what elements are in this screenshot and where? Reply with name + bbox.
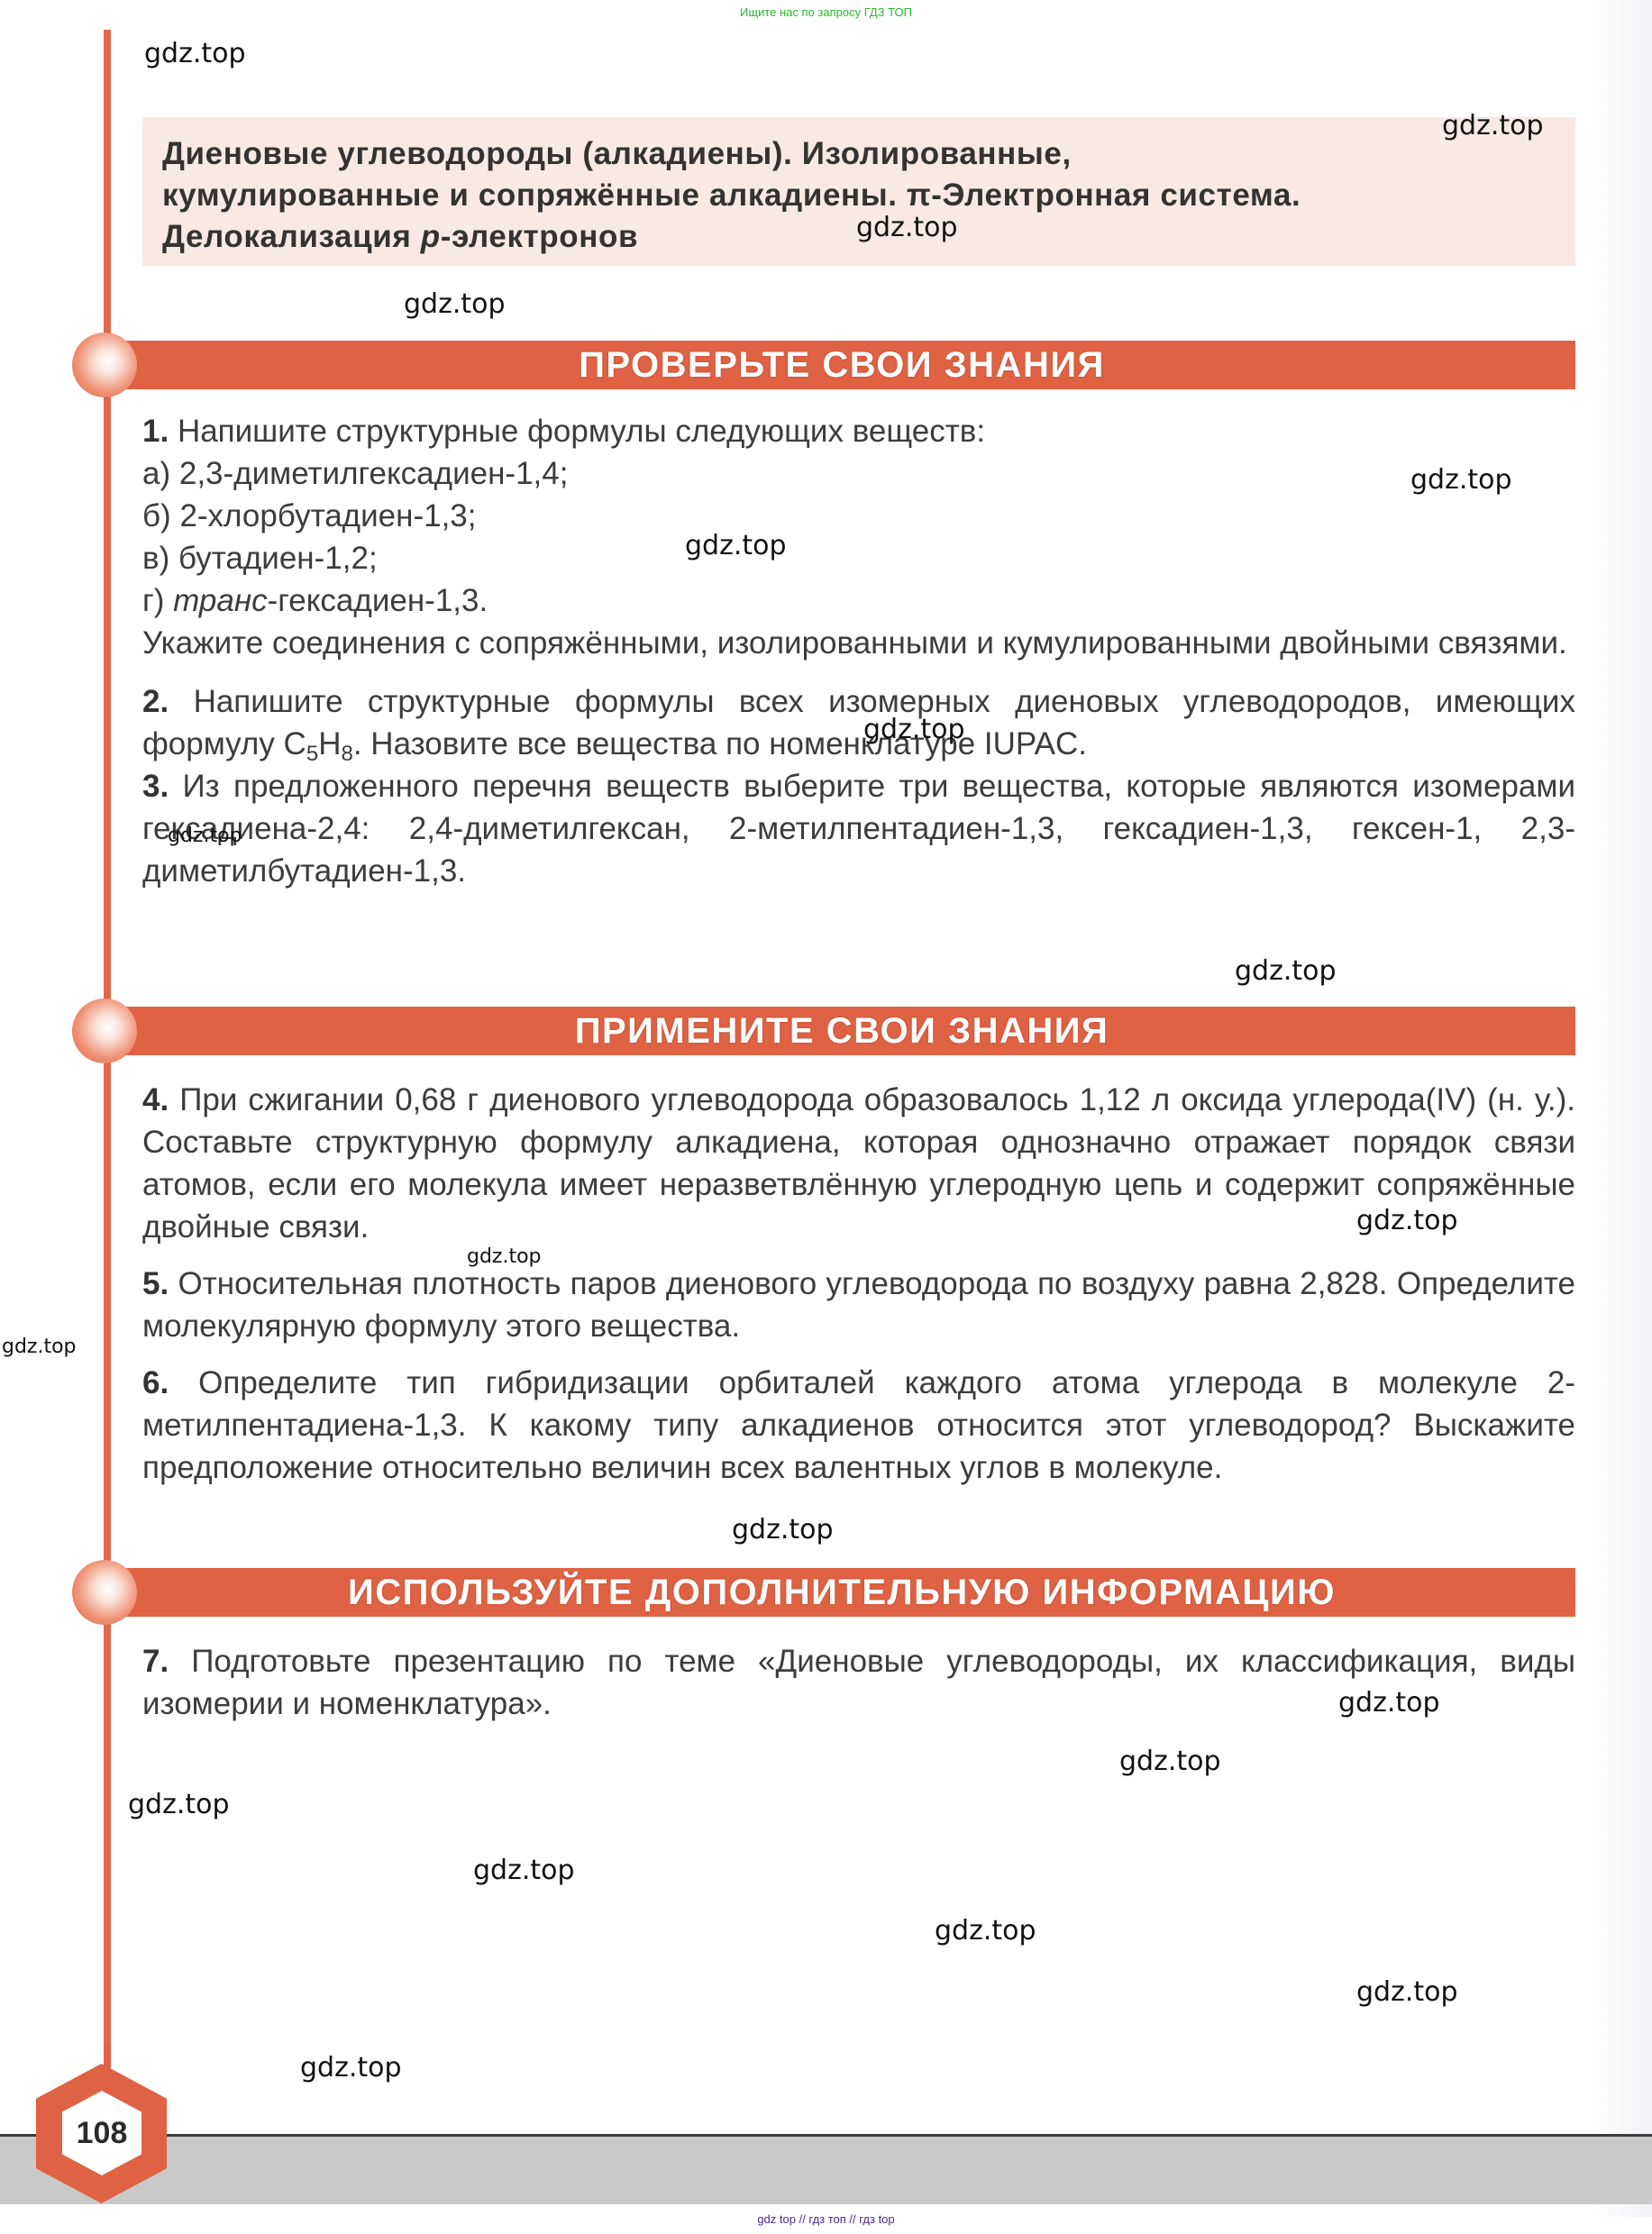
topic-title-line-1: Диеновые углеводороды (алкадиены). Изоли…	[162, 133, 1550, 175]
watermark: gdz.top	[404, 288, 506, 320]
page-footer-band	[0, 2134, 1652, 2204]
task-1: 1. Напишите структурные формулы следующи…	[142, 410, 1575, 452]
task-1-item-b: б) 2-хлорбутадиен-1,3;	[142, 495, 1575, 537]
watermark: gdz.top	[300, 2052, 402, 2084]
section-apply-knowledge-content: 4. При сжигании 0,68 г диенового углевод…	[142, 1079, 1575, 1489]
section-title: ПРОВЕРЬТЕ СВОИ ЗНАНИЯ	[108, 341, 1575, 389]
bottom-site-links[interactable]: gdz top // гдз топ // гдз top	[0, 2212, 1652, 2226]
page-edge-shade	[1589, 0, 1652, 2217]
task-5: 5. Относительная плотность паров диеново…	[142, 1263, 1575, 1347]
watermark: gdz.top	[1410, 464, 1512, 496]
section-bullet-icon	[72, 1560, 137, 1625]
watermark: gdz.top	[1442, 110, 1544, 141]
watermark: gdz.top	[1338, 1687, 1440, 1719]
task-1-item-d: г) транс-гексадиен-1,3.	[142, 579, 1575, 622]
task-1-followup: Укажите соединения с сопряжёнными, изоли…	[142, 622, 1575, 664]
section-header-additional-info: ИСПОЛЬЗУЙТЕ ДОПОЛНИТЕЛЬНУЮ ИНФОРМАЦИЮ	[108, 1568, 1575, 1617]
page-number-badge: 108	[36, 2046, 171, 2203]
watermark: gdz.top	[1235, 955, 1337, 987]
task-1-item-a: а) 2,3-диметилгексадиен-1,4;	[142, 452, 1575, 495]
watermark: gdz.top	[863, 714, 965, 745]
watermark: gdz.top	[1356, 1205, 1458, 1236]
watermark: gdz.top	[732, 1514, 834, 1546]
section-bullet-icon	[72, 333, 137, 397]
watermark: gdz.top	[2, 1336, 77, 1358]
watermark: gdz.top	[144, 38, 246, 69]
section-header-apply-knowledge: ПРИМЕНИТЕ СВОИ ЗНАНИЯ	[108, 1007, 1575, 1055]
section-title: ПРИМЕНИТЕ СВОИ ЗНАНИЯ	[108, 1007, 1575, 1055]
watermark: gdz.top	[473, 1855, 575, 1886]
topic-title-box: Диеновые углеводороды (алкадиены). Изоли…	[142, 117, 1575, 266]
watermark: gdz.top	[168, 825, 242, 847]
section-check-knowledge-content: 1. Напишите структурные формулы следующи…	[142, 410, 1575, 892]
section-bullet-icon	[72, 998, 137, 1063]
watermark: gdz.top	[128, 1789, 230, 1820]
textbook-page: Ищите нас по запросу ГДЗ ТОП Диеновые уг…	[0, 0, 1652, 2234]
section-header-check-knowledge: ПРОВЕРЬТЕ СВОИ ЗНАНИЯ	[108, 341, 1575, 389]
top-banner: Ищите нас по запросу ГДЗ ТОП	[0, 5, 1652, 19]
task-6: 6. Определите тип гибридизации орбиталей…	[142, 1362, 1575, 1489]
watermark: gdz.top	[1119, 1746, 1221, 1777]
task-2: 2. Напишите структурные формулы всех изо…	[142, 680, 1575, 765]
watermark: gdz.top	[685, 530, 787, 561]
section-title: ИСПОЛЬЗУЙТЕ ДОПОЛНИТЕЛЬНУЮ ИНФОРМАЦИЮ	[108, 1568, 1575, 1617]
watermark: gdz.top	[467, 1245, 542, 1268]
watermark: gdz.top	[935, 1915, 1036, 1947]
task-3: 3. Из предложенного перечня веществ выбе…	[142, 765, 1575, 892]
task-1-item-c: в) бутадиен-1,2;	[142, 537, 1575, 579]
topic-title-line-2: кумулированные и сопряжённые алкадиены. …	[162, 175, 1550, 216]
watermark: gdz.top	[856, 212, 958, 243]
watermark: gdz.top	[1356, 1976, 1458, 2008]
